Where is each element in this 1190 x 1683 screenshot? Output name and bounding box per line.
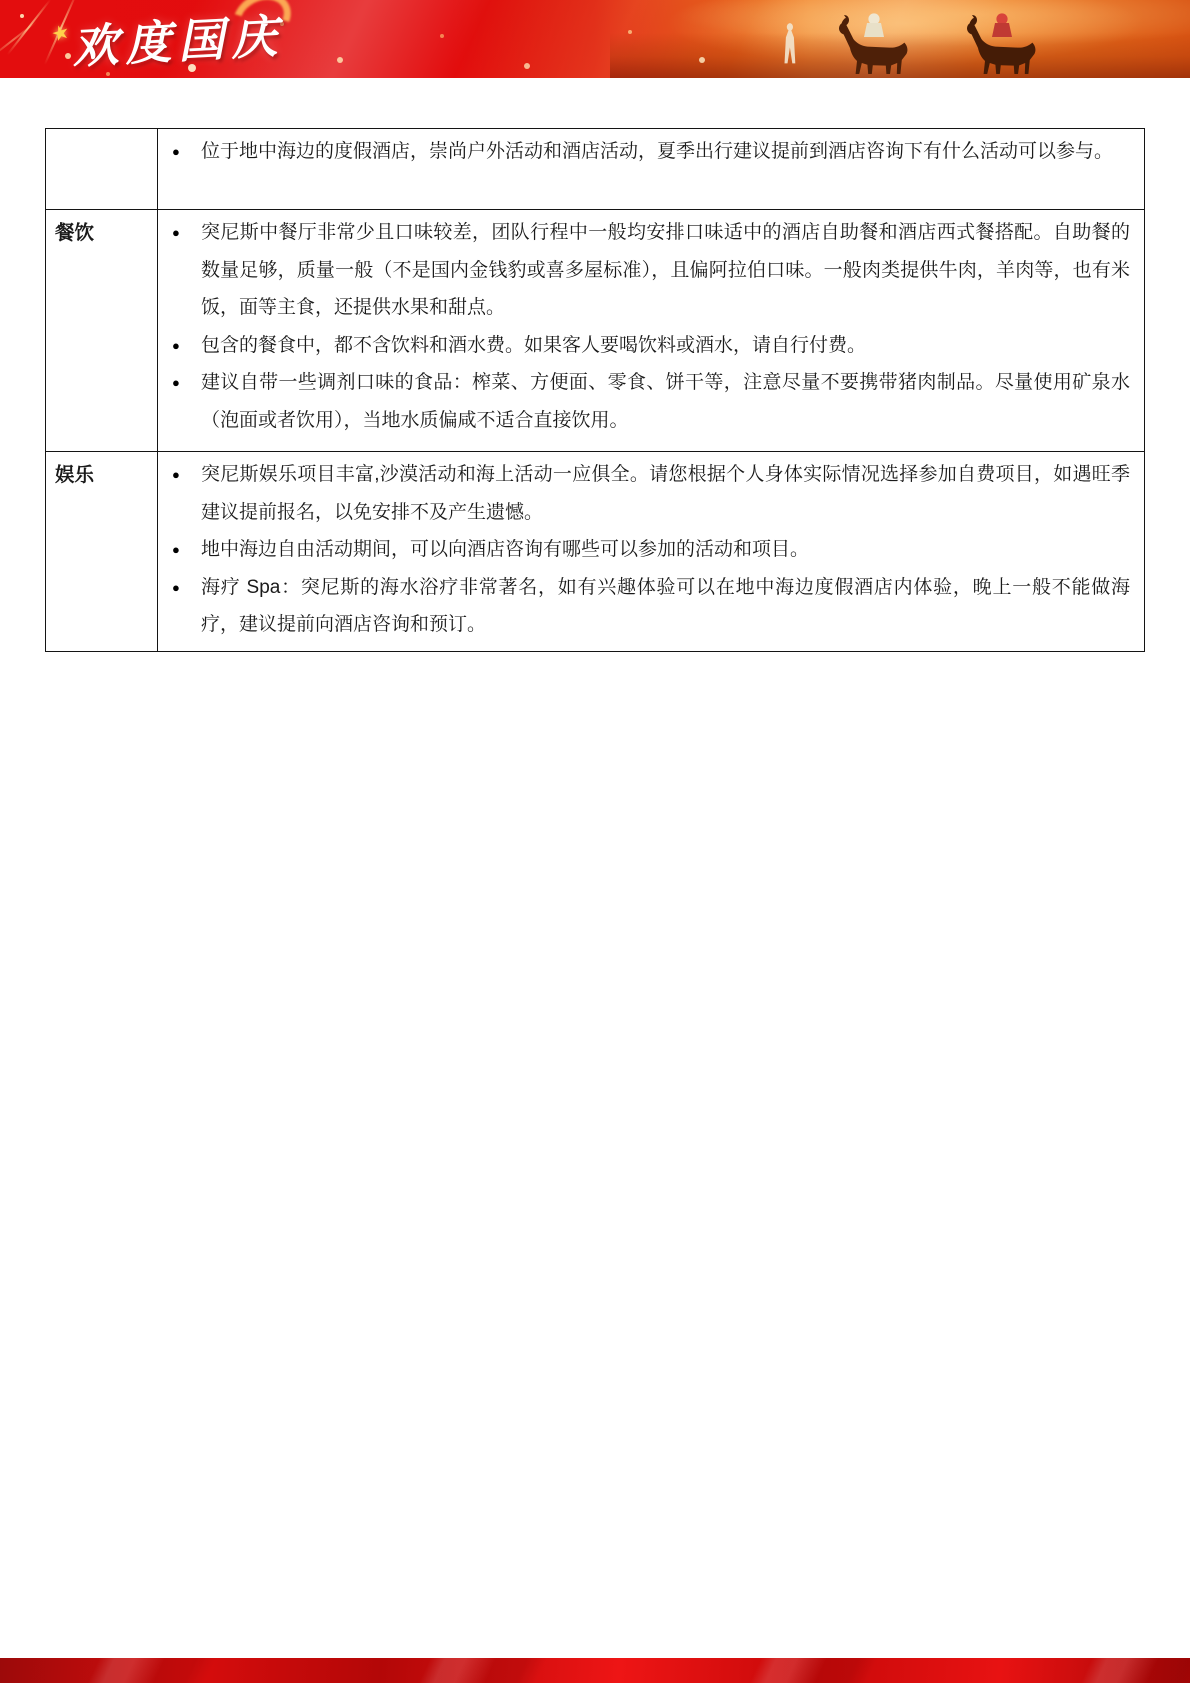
bullet-text: 突尼斯中餐厅非常少且口味较差，团队行程中一般均安排口味适中的酒店自助餐和酒店西式… [201,214,1130,327]
row-content-cell: ● 突尼斯娱乐项目丰富,沙漠活动和海上活动一应俱全。请您根据个人身体实际情况选择… [158,452,1144,651]
bullet-item: ● 突尼斯娱乐项目丰富,沙漠活动和海上活动一应俱全。请您根据个人身体实际情况选择… [158,456,1130,531]
bullet-dot-icon: ● [158,214,201,327]
bullet-dot-icon: ● [158,364,201,439]
travel-info-table: ● 位于地中海边的度假酒店，崇尚户外活动和酒店活动，夏季出行建议提前到酒店咨询下… [45,128,1145,652]
bullet-dot-icon: ● [158,327,201,365]
row-header-cell: 餐饮 [46,210,158,451]
bullet-dot-icon: ● [158,456,201,531]
star-icon: ★ [48,18,72,47]
banner-title-calligraphy: 欢度国庆 [70,0,285,77]
bullet-item: ● 海疗 Spa：突尼斯的海水浴疗非常著名，如有兴趣体验可以在地中海边度假酒店内… [158,569,1130,644]
bottom-red-ribbon [0,1658,1190,1683]
banner-title: ★ 欢度国庆 [51,2,286,76]
row-header-cell [46,129,158,209]
table-row: ● 位于地中海边的度假酒店，崇尚户外活动和酒店活动，夏季出行建议提前到酒店咨询下… [46,129,1144,209]
bullet-dot-icon: ● [158,133,201,171]
camel-icon [967,13,1035,74]
bullet-text: 地中海边自由活动期间，可以向酒店咨询有哪些可以参加的活动和项目。 [201,531,1130,569]
walking-person-icon [776,21,802,75]
bullet-item: ● 包含的餐食中，都不含饮料和酒水费。如果客人要喝饮料或酒水，请自行付费。 [158,327,1130,365]
camel-caravan-icon [822,11,1072,77]
bullet-text: 突尼斯娱乐项目丰富,沙漠活动和海上活动一应俱全。请您根据个人身体实际情况选择参加… [201,456,1130,531]
bullet-item: ● 建议自带一些调剂口味的食品：榨菜、方便面、零食、饼干等，注意尽量不要携带猪肉… [158,364,1130,439]
document-page: ★ 欢度国庆 ● [0,0,1190,1683]
bullet-text: 位于地中海边的度假酒店，崇尚户外活动和酒店活动，夏季出行建议提前到酒店咨询下有什… [201,133,1130,171]
bullet-dot-icon: ● [158,569,201,644]
bullet-item: ● 地中海边自由活动期间，可以向酒店咨询有哪些可以参加的活动和项目。 [158,531,1130,569]
table-row: 餐饮 ● 突尼斯中餐厅非常少且口味较差，团队行程中一般均安排口味适中的酒店自助餐… [46,209,1144,451]
row-header-cell: 娱乐 [46,452,158,651]
national-day-banner: ★ 欢度国庆 [0,0,1190,78]
bullet-item: ● 位于地中海边的度假酒店，崇尚户外活动和酒店活动，夏季出行建议提前到酒店咨询下… [158,133,1130,171]
bullet-text: 建议自带一些调剂口味的食品：榨菜、方便面、零食、饼干等，注意尽量不要携带猪肉制品… [201,364,1130,439]
camel-icon [839,13,907,74]
sparkle-dots-icon [20,14,24,18]
bullet-text: 包含的餐食中，都不含饮料和酒水费。如果客人要喝饮料或酒水，请自行付费。 [201,327,1130,365]
table-row: 娱乐 ● 突尼斯娱乐项目丰富,沙漠活动和海上活动一应俱全。请您根据个人身体实际情… [46,451,1144,651]
bullet-dot-icon: ● [158,531,201,569]
row-content-cell: ● 位于地中海边的度假酒店，崇尚户外活动和酒店活动，夏季出行建议提前到酒店咨询下… [158,129,1144,209]
bullet-text: 海疗 Spa：突尼斯的海水浴疗非常著名，如有兴趣体验可以在地中海边度假酒店内体验… [201,569,1130,644]
row-content-cell: ● 突尼斯中餐厅非常少且口味较差，团队行程中一般均安排口味适中的酒店自助餐和酒店… [158,210,1144,451]
bullet-item: ● 突尼斯中餐厅非常少且口味较差，团队行程中一般均安排口味适中的酒店自助餐和酒店… [158,214,1130,327]
